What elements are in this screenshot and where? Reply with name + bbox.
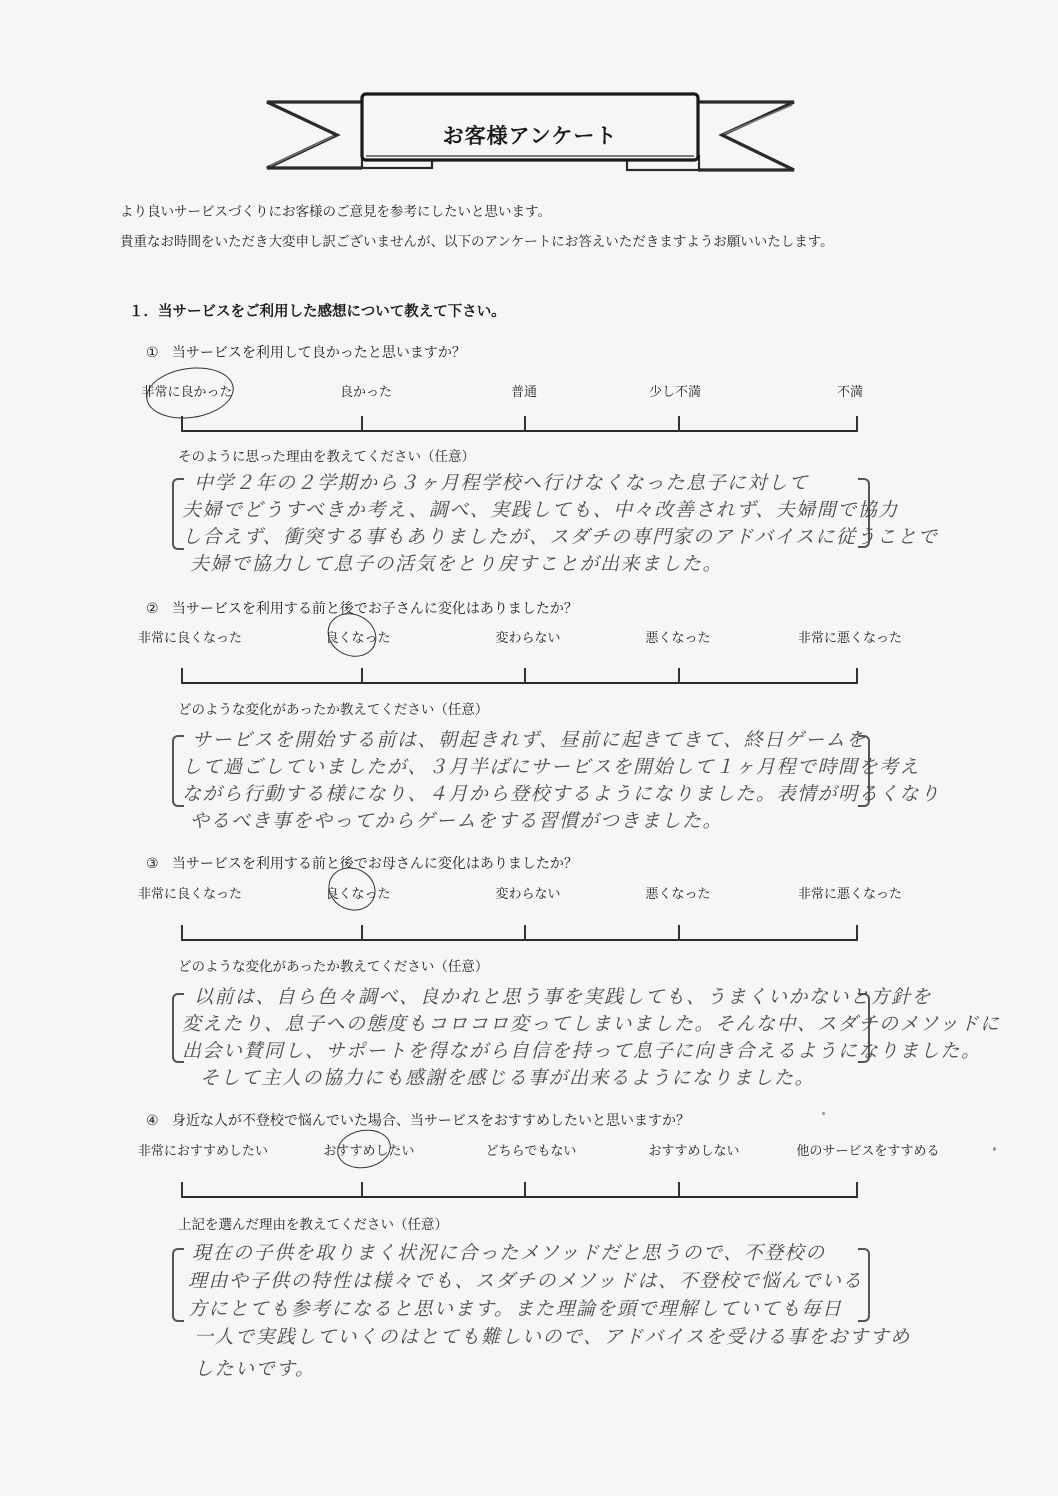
q2-option-3[interactable]: 変わらない: [495, 627, 560, 646]
answer-line: し合えず、衝突する事もありましたが、スダチの専門家のアドバイスに従うことで: [182, 522, 938, 549]
scale-tick: [856, 925, 858, 941]
selection-circle-mark: [143, 362, 237, 424]
scale-tick: [678, 668, 680, 684]
scale-tick: [181, 925, 183, 941]
q1-option-2[interactable]: 良かった: [340, 381, 392, 400]
q2-option-5[interactable]: 非常に悪くなった: [798, 627, 902, 646]
q4-answer[interactable]: 現在の子供を取りまく状況に合ったメソッドだと思うので、不登校の 理由や子供の特性…: [182, 1238, 911, 1382]
scale-tick: [361, 925, 363, 941]
scale-tick: [361, 1182, 363, 1198]
question-2: ② 当サービスを利用する前と後でお子さんに変化はありましたか？: [146, 598, 578, 618]
q4-option-4[interactable]: おすすめしない: [648, 1140, 739, 1159]
answer-line: 理由や子供の特性は様々でも、スダチのメソッドは、不登校で悩んでいる: [188, 1266, 911, 1294]
answer-line: 出会い賛同し、サポートを得ながら自信を持って息子に向き合えるようになりました。: [182, 1036, 1000, 1063]
q4-option-1[interactable]: 非常におすすめしたい: [138, 1140, 268, 1159]
scale-tick: [361, 416, 363, 432]
page-title: お客様アンケート: [262, 120, 798, 150]
title-ribbon: お客様アンケート: [262, 90, 798, 190]
scale-tick: [856, 668, 858, 684]
selection-circle-mark: [334, 1126, 394, 1173]
scan-speck: [822, 1112, 825, 1115]
q3-option-3[interactable]: 変わらない: [495, 883, 560, 902]
q1-rating-scale[interactable]: [181, 416, 858, 432]
q4-option-3[interactable]: どちらでもない: [486, 1140, 577, 1159]
intro-line-1: より良いサービスづくりにお客様のご意見を参考にしたいと思います。: [120, 200, 551, 220]
question-4: ④ 身近な人が不登校で悩んでいた場合、当サービスをおすすめしたいと思いますか？: [146, 1110, 690, 1130]
scale-baseline: [181, 939, 858, 941]
scale-baseline: [181, 1196, 858, 1198]
question-1-text: 当サービスを利用して良かったと思いますか？: [172, 345, 466, 361]
q4-rating-scale[interactable]: [181, 1182, 858, 1198]
question-4-text: 身近な人が不登校で悩んでいた場合、当サービスをおすすめしたいと思いますか？: [172, 1113, 690, 1129]
q2-option-4[interactable]: 悪くなった: [645, 627, 710, 646]
q4-option-5[interactable]: 他のサービスをすすめる: [796, 1140, 939, 1159]
answer-line: 以前は、自ら色々調べ、良かれと思う事を実践しても、うまくいかないと方針を: [194, 982, 1000, 1009]
answer-line: 中学２年の２学期から３ヶ月程学校へ行けなくなった息子に対して: [194, 468, 938, 495]
scale-tick: [524, 416, 526, 432]
question-3-text: 当サービスを利用する前と後でお母さんに変化はありましたか？: [172, 856, 578, 872]
answer-line: 一人で実践していくのはとても難しいので、アドバイスを受ける事をおすすめ: [194, 1322, 911, 1354]
q3-option-4[interactable]: 悪くなった: [645, 883, 710, 902]
q3-rating-scale[interactable]: [181, 925, 858, 941]
scale-tick: [181, 1182, 183, 1198]
scale-tick: [181, 416, 183, 432]
question-1: ① 当サービスを利用して良かったと思いますか？: [146, 342, 466, 362]
answer-line: サービスを開始する前は、朝起きれず、昼前に起きてきて、終日ゲームを: [192, 725, 941, 752]
q1-option-4[interactable]: 少し不満: [649, 381, 701, 400]
scale-tick: [678, 416, 680, 432]
answer-line: 夫婦でどうすべきか考え、調べ、実践しても、中々改善されず、夫婦間で協力: [182, 495, 938, 522]
q1-option-5[interactable]: 不満: [837, 381, 863, 400]
question-1-number: ①: [146, 345, 159, 361]
scale-tick: [678, 1182, 680, 1198]
question-2-number: ②: [146, 601, 159, 617]
scale-tick: [181, 668, 183, 684]
answer-line: 変えたり、息子への態度もコロコロ変ってしまいました。そんな中、スダチのメソッドに: [182, 1009, 1000, 1036]
q3-answer[interactable]: 以前は、自ら色々調べ、良かれと思う事を実践しても、うまくいかないと方針を 変えた…: [182, 982, 1000, 1090]
question-3-number: ③: [146, 856, 159, 872]
scan-speck: [993, 1147, 996, 1151]
scale-tick: [524, 668, 526, 684]
q4-reason-label: 上記を選んだ理由を教えてください（任意）: [178, 1213, 448, 1233]
scale-tick: [856, 1182, 858, 1198]
q2-reason-label: どのような変化があったか教えてください（任意）: [178, 698, 488, 718]
answer-line: 現在の子供を取りまく状況に合ったメソッドだと思うので、不登校の: [192, 1238, 911, 1266]
answer-line: やるべき事をやってからゲームをする習慣がつきました。: [190, 806, 941, 833]
answer-line: 方にとても参考になると思います。また理論を頭で理解していても毎日: [188, 1294, 911, 1322]
answer-line: したいです。: [194, 1354, 911, 1382]
section-title: １．当サービスをご利用した感想について教えて下さい。: [129, 300, 506, 321]
scale-tick: [524, 1182, 526, 1198]
question-4-number: ④: [146, 1113, 159, 1129]
q2-option-1[interactable]: 非常に良くなった: [138, 627, 242, 646]
q1-option-3[interactable]: 普通: [511, 381, 537, 400]
q2-answer[interactable]: サービスを開始する前は、朝起きれず、昼前に起きてきて、終日ゲームを して過ごして…: [182, 725, 941, 833]
q3-option-1[interactable]: 非常に良くなった: [138, 883, 242, 902]
q3-reason-label: どのような変化があったか教えてください（任意）: [178, 955, 488, 975]
question-2-text: 当サービスを利用する前と後でお子さんに変化はありましたか？: [172, 601, 578, 617]
scale-tick: [524, 925, 526, 941]
answer-line: そして主人の協力にも感謝を感じる事が出来るようになりました。: [200, 1063, 1000, 1090]
scale-tick: [856, 416, 858, 432]
scale-tick: [678, 925, 680, 941]
scale-baseline: [181, 430, 858, 432]
intro-line-2: 貴重なお時間をいただき大変申し訳ございませんが、以下のアンケートにお答えいただき…: [120, 230, 834, 250]
q3-option-5[interactable]: 非常に悪くなった: [798, 883, 902, 902]
scale-baseline: [181, 682, 858, 684]
answer-line: ながら行動する様になり、４月から登校するようになりました。表情が明るくなり: [182, 779, 941, 806]
scale-tick: [361, 668, 363, 684]
answer-line: 夫婦で協力して息子の活気をとり戻すことが出来ました。: [190, 549, 938, 576]
q2-rating-scale[interactable]: [181, 668, 858, 684]
q1-answer[interactable]: 中学２年の２学期から３ヶ月程学校へ行けなくなった息子に対して 夫婦でどうすべきか…: [182, 468, 938, 576]
answer-line: して過ごしていましたが、３月半ばにサービスを開始して１ヶ月程で時間を考え: [182, 752, 941, 779]
q1-reason-label: そのように思った理由を教えてください（任意）: [178, 445, 475, 465]
